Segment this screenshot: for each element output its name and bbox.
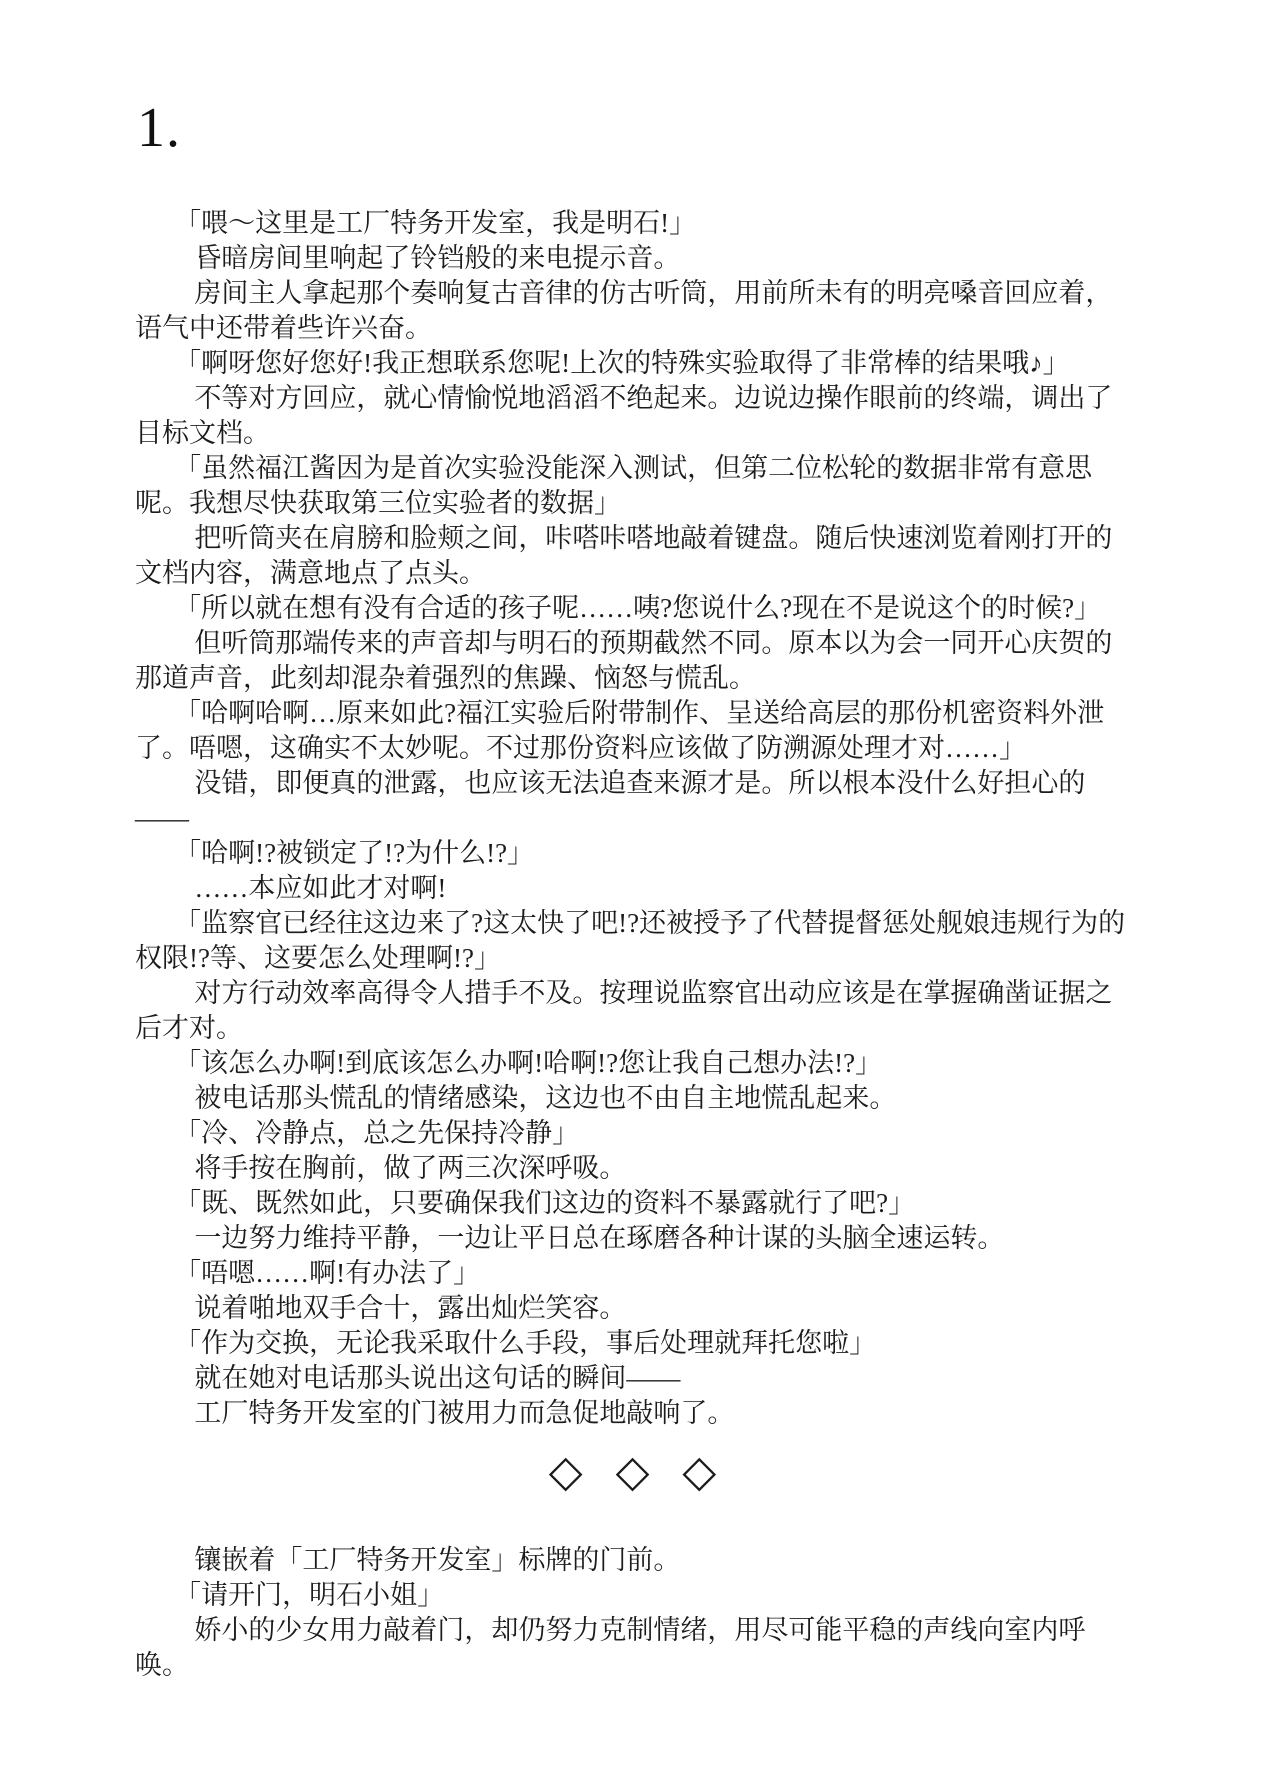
- paragraph-dialogue: 「哈啊哈啊…原来如此?福江实验后附带制作、呈送给高层的那份机密资料外泄了。唔嗯，…: [135, 696, 1130, 766]
- novel-page: 1. 「喂～这里是工厂特务开发室，我是明石!」昏暗房间里响起了铃铛般的来电提示音…: [0, 0, 1280, 1790]
- paragraph-dialogue: 「喂～这里是工厂特务开发室，我是明石!」: [135, 206, 1130, 241]
- paragraph-narration: 把听筒夹在肩膀和脸颊之间，咔嗒咔嗒地敲着键盘。随后快速浏览着刚打开的文档内容，满…: [135, 521, 1130, 591]
- paragraph-dialogue: 「作为交换，无论我采取什么手段，事后处理就拜托您啦」: [135, 1326, 1130, 1361]
- paragraph-dialogue: 「所以就在想有没有合适的孩子呢……咦?您说什么?现在不是说这个的时候?」: [135, 591, 1130, 626]
- paragraph-narration: ……本应如此才对啊!: [135, 871, 1130, 906]
- paragraph-narration: 不等对方回应，就心情愉悦地滔滔不绝起来。边说边操作眼前的终端，调出了目标文档。: [135, 381, 1130, 451]
- paragraph-narration: 没错，即便真的泄露，也应该无法追查来源才是。所以根本没什么好担心的——: [135, 766, 1130, 836]
- paragraph-narration: 昏暗房间里响起了铃铛般的来电提示音。: [135, 241, 1130, 276]
- paragraph-dialogue: 「既、既然如此，只要确保我们这边的资料不暴露就行了吧?」: [135, 1186, 1130, 1221]
- paragraph-narration: 就在她对电话那头说出这句话的瞬间——: [135, 1361, 1130, 1396]
- paragraph-narration: 但听筒那端传来的声音却与明石的预期截然不同。原本以为会一同开心庆贺的那道声音，此…: [135, 626, 1130, 696]
- paragraph-dialogue: 「冷、冷静点，总之先保持冷静」: [135, 1116, 1130, 1151]
- paragraph-narration: 娇小的少女用力敲着门，却仍努力克制情绪，用尽可能平稳的声线向室内呼唤。: [135, 1613, 1130, 1683]
- scene-separator: ◇◇◇: [135, 1447, 1130, 1497]
- paragraph-dialogue: 「请开门，明石小姐」: [135, 1578, 1130, 1613]
- paragraph-dialogue: 「虽然福江酱因为是首次实验没能深入测试，但第二位松轮的数据非常有意思呢。我想尽快…: [135, 451, 1130, 521]
- paragraph-narration: 镶嵌着「工厂特务开发室」标牌的门前。: [135, 1543, 1130, 1578]
- body-text: 「喂～这里是工厂特务开发室，我是明石!」昏暗房间里响起了铃铛般的来电提示音。房间…: [135, 206, 1130, 1683]
- chapter-number: 1.: [137, 96, 1280, 160]
- paragraph-narration: 工厂特务开发室的门被用力而急促地敲响了。: [135, 1396, 1130, 1431]
- paragraph-dialogue: 「哈啊!?被锁定了!?为什么!?」: [135, 836, 1130, 871]
- paragraph-narration: 说着啪地双手合十，露出灿烂笑容。: [135, 1291, 1130, 1326]
- paragraph-narration: 被电话那头慌乱的情绪感染，这边也不由自主地慌乱起来。: [135, 1081, 1130, 1116]
- paragraph-narration: 房间主人拿起那个奏响复古音律的仿古听筒，用前所未有的明亮嗓音回应着，语气中还带着…: [135, 276, 1130, 346]
- paragraph-dialogue: 「监察官已经往这边来了?这太快了吧!?还被授予了代替提督惩处舰娘违规行为的权限!…: [135, 906, 1130, 976]
- paragraph-dialogue: 「该怎么办啊!到底该怎么办啊!哈啊!?您让我自己想办法!?」: [135, 1046, 1130, 1081]
- paragraph-narration: 对方行动效率高得令人措手不及。按理说监察官出动应该是在掌握确凿证据之后才对。: [135, 976, 1130, 1046]
- paragraph-narration: 一边努力维持平静，一边让平日总在琢磨各种计谋的头脑全速运转。: [135, 1221, 1130, 1256]
- paragraph-dialogue: 「啊呀您好您好!我正想联系您呢!上次的特殊实验取得了非常棒的结果哦♪」: [135, 346, 1130, 381]
- paragraph-dialogue: 「唔嗯……啊!有办法了」: [135, 1256, 1130, 1291]
- paragraph-narration: 将手按在胸前，做了两三次深呼吸。: [135, 1151, 1130, 1186]
